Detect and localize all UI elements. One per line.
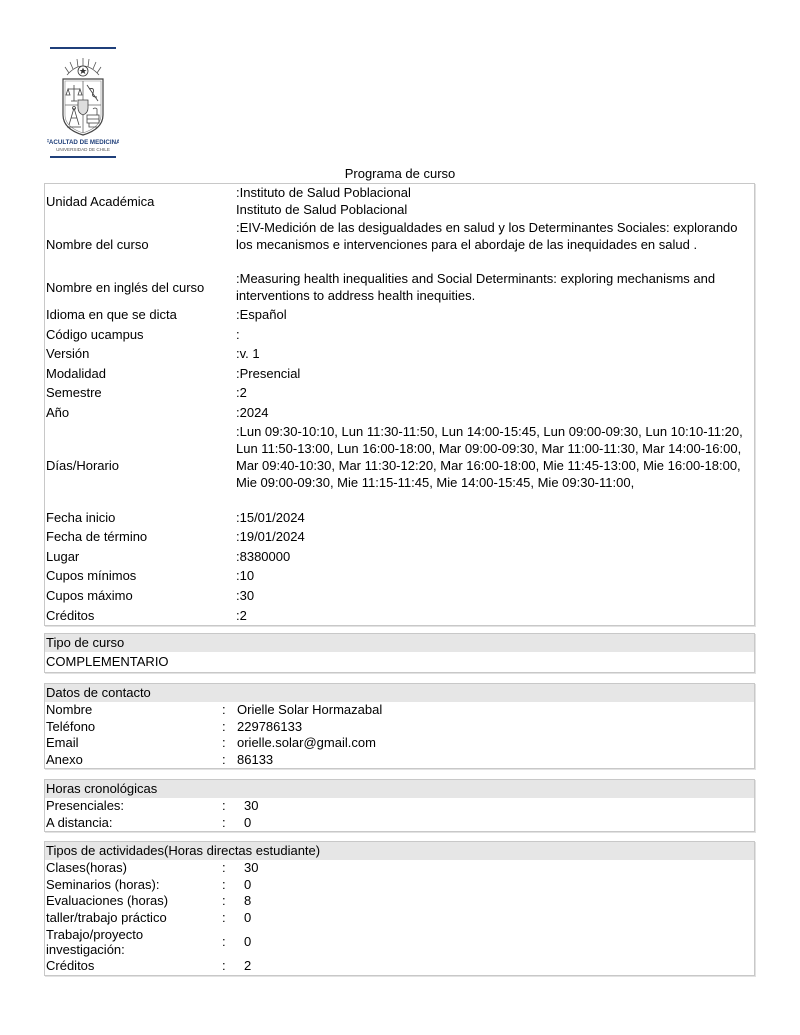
- page-title: Programa de curso: [0, 166, 800, 181]
- field-label: Idioma en que se dicta: [45, 305, 236, 325]
- field-value: 0: [244, 877, 754, 894]
- section-heading: Horas cronológicas: [45, 780, 754, 798]
- field-value: 30: [244, 798, 754, 815]
- field-label: Modalidad: [45, 364, 236, 384]
- field-label: Cupos mínimos: [45, 566, 236, 586]
- contact-section: Datos de contacto Nombre : Orielle Solar…: [44, 683, 755, 769]
- activity-types-section: Tipos de actividades(Horas directas estu…: [44, 841, 755, 976]
- row-dias-horario: Días/Horario :Lun 09:30-10:10, Lun 11:30…: [45, 423, 754, 508]
- hours-row-distancia: A distancia: : 0: [45, 815, 754, 832]
- field-value: :Lun 09:30-10:10, Lun 11:30-11:50, Lun 1…: [236, 423, 754, 508]
- separator: :: [222, 798, 244, 815]
- field-value: :19/01/2024: [236, 527, 754, 547]
- contact-row-anexo: Anexo : 86133: [45, 752, 754, 769]
- row-semestre: Semestre :2: [45, 383, 754, 403]
- separator: :: [222, 719, 237, 736]
- field-label: Anexo: [45, 752, 222, 769]
- separator: :: [222, 910, 244, 927]
- activity-row-proyecto: Trabajo/proyecto investigación: : 0: [45, 926, 754, 958]
- activity-row-seminarios: Seminarios (horas): : 0: [45, 877, 754, 894]
- course-type-section: Tipo de curso COMPLEMENTARIO: [44, 633, 755, 673]
- chronological-hours-section: Horas cronológicas Presenciales: : 30 A …: [44, 779, 755, 832]
- field-value: :Measuring health inequalities and Socia…: [236, 270, 754, 305]
- contact-row-email: Email : orielle.solar@gmail.com: [45, 735, 754, 752]
- faculty-logo: FACULTAD DE MEDICINA UNIVERSIDAD DE CHIL…: [47, 45, 119, 160]
- field-label: Código ucampus: [45, 325, 236, 345]
- row-fecha-termino: Fecha de término :19/01/2024: [45, 527, 754, 547]
- row-ano: Año :2024: [45, 403, 754, 423]
- separator: :: [222, 702, 237, 719]
- field-label: taller/trabajo práctico: [45, 910, 222, 927]
- separator: :: [222, 735, 237, 752]
- field-value: :2: [236, 606, 754, 626]
- separator: :: [222, 934, 244, 951]
- contact-name: Orielle Solar Hormazabal: [237, 702, 754, 719]
- row-fecha-inicio: Fecha inicio :15/01/2024: [45, 508, 754, 528]
- field-label: Créditos: [45, 606, 236, 626]
- field-label: Presenciales:: [45, 798, 222, 815]
- section-heading: Tipos de actividades(Horas directas estu…: [45, 842, 754, 860]
- field-value: :15/01/2024: [236, 508, 754, 528]
- activity-row-taller: taller/trabajo práctico : 0: [45, 910, 754, 927]
- contact-row-telefono: Teléfono : 229786133: [45, 719, 754, 736]
- hours-row-presenciales: Presenciales: : 30: [45, 798, 754, 815]
- field-label: Nombre del curso: [45, 219, 236, 270]
- field-value: 30: [244, 860, 754, 877]
- field-value: :Español: [236, 305, 754, 325]
- field-label: Fecha de término: [45, 527, 236, 547]
- activity-row-evaluaciones: Evaluaciones (horas) : 8: [45, 893, 754, 910]
- field-value: :10: [236, 566, 754, 586]
- separator: :: [222, 893, 244, 910]
- contact-phone: 229786133: [237, 719, 754, 736]
- field-label: Trabajo/proyecto investigación:: [45, 927, 222, 957]
- field-label: Cupos máximo: [45, 586, 236, 606]
- field-label: Fecha inicio: [45, 508, 236, 528]
- separator: :: [222, 752, 237, 769]
- field-value: 0: [244, 934, 754, 951]
- row-cupos-maximo: Cupos máximo :30: [45, 586, 754, 606]
- row-lugar: Lugar :8380000: [45, 547, 754, 567]
- field-label: A distancia:: [45, 815, 222, 832]
- field-value: :Instituto de Salud Poblacional Institut…: [236, 184, 754, 219]
- section-heading: Tipo de curso: [45, 634, 754, 652]
- activity-row-creditos: Créditos : 2: [45, 958, 754, 975]
- row-modalidad: Modalidad :Presencial: [45, 364, 754, 384]
- field-value: 0: [244, 815, 754, 832]
- section-heading: Datos de contacto: [45, 684, 754, 702]
- row-idioma: Idioma en que se dicta :Español: [45, 305, 754, 325]
- separator: :: [222, 877, 244, 894]
- course-info-table: Unidad Académica :Instituto de Salud Pob…: [44, 183, 755, 626]
- row-version: Versión :v. 1: [45, 344, 754, 364]
- field-label: Año: [45, 403, 236, 423]
- row-nombre-curso: Nombre del curso :EIV-Medición de las de…: [45, 219, 754, 270]
- field-value: :8380000: [236, 547, 754, 567]
- activity-row-clases: Clases(horas) : 30: [45, 860, 754, 877]
- field-value: :30: [236, 586, 754, 606]
- field-value: :Presencial: [236, 364, 754, 384]
- field-value: :2024: [236, 403, 754, 423]
- field-label: Nombre: [45, 702, 222, 719]
- row-codigo-ucampus: Código ucampus :: [45, 325, 754, 345]
- row-nombre-ingles: Nombre en inglés del curso :Measuring he…: [45, 270, 754, 305]
- row-creditos: Créditos :2: [45, 606, 754, 626]
- contact-email: orielle.solar@gmail.com: [237, 735, 754, 752]
- field-label: Días/Horario: [45, 423, 236, 508]
- separator: :: [222, 815, 244, 832]
- row-cupos-minimos: Cupos mínimos :10: [45, 566, 754, 586]
- field-label: Créditos: [45, 958, 222, 975]
- faculty-crest-icon: FACULTAD DE MEDICINA UNIVERSIDAD DE CHIL…: [47, 45, 119, 160]
- svg-text:FACULTAD DE MEDICINA: FACULTAD DE MEDICINA: [47, 139, 119, 146]
- field-value: :2: [236, 383, 754, 403]
- contact-row-nombre: Nombre : Orielle Solar Hormazabal: [45, 702, 754, 719]
- field-label: Seminarios (horas):: [45, 877, 222, 894]
- field-value: :: [236, 325, 754, 345]
- field-label: Semestre: [45, 383, 236, 403]
- field-value: 0: [244, 910, 754, 927]
- contact-extension: 86133: [237, 752, 754, 769]
- field-label: Email: [45, 735, 222, 752]
- row-unidad-academica: Unidad Académica :Instituto de Salud Pob…: [45, 184, 754, 219]
- field-label: Clases(horas): [45, 860, 222, 877]
- field-label: Nombre en inglés del curso: [45, 270, 236, 305]
- svg-text:UNIVERSIDAD DE CHILE: UNIVERSIDAD DE CHILE: [56, 147, 110, 152]
- separator: :: [222, 860, 244, 877]
- field-value: 8: [244, 893, 754, 910]
- field-label: Unidad Académica: [45, 184, 236, 219]
- field-label: Versión: [45, 344, 236, 364]
- field-label: Lugar: [45, 547, 236, 567]
- course-type-value: COMPLEMENTARIO: [45, 652, 754, 672]
- separator: :: [222, 958, 244, 975]
- field-value: :EIV-Medición de las desigualdades en sa…: [236, 219, 754, 270]
- field-label: Evaluaciones (horas): [45, 893, 222, 910]
- field-value: :v. 1: [236, 344, 754, 364]
- field-label: Teléfono: [45, 719, 222, 736]
- field-value: 2: [244, 958, 754, 975]
